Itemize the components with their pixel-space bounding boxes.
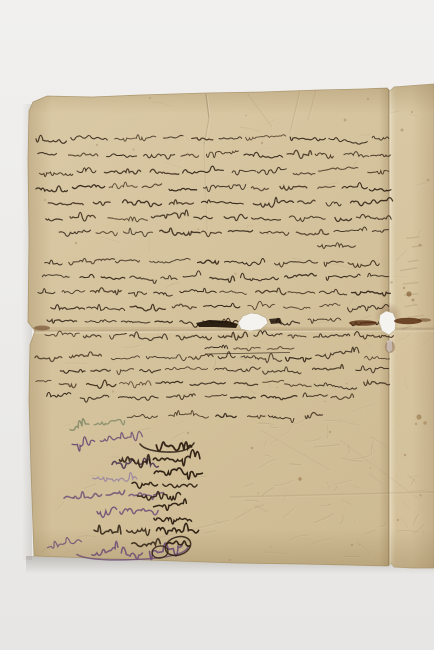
foxing-spot <box>427 179 430 182</box>
foxing-spot <box>75 242 77 244</box>
foxing-spot <box>187 432 189 434</box>
foxing-spot <box>423 421 426 424</box>
ink-stain <box>349 320 377 326</box>
foxing-spot <box>234 273 237 276</box>
foxing-spot <box>419 494 422 497</box>
foxing-spot <box>324 400 326 402</box>
foxing-spot <box>245 115 247 117</box>
ink-stain <box>34 326 50 331</box>
ink-stain <box>385 341 395 353</box>
foxing-spot <box>416 414 421 419</box>
ink-smear <box>269 318 282 324</box>
foxing-spot <box>270 546 272 548</box>
foxing-spot <box>251 447 254 450</box>
foxing-spot <box>96 144 98 146</box>
foxing-spot <box>149 97 151 99</box>
ink-stain <box>394 318 422 324</box>
foxing-spot <box>403 287 405 289</box>
foxing-spot <box>257 492 259 494</box>
foxing-spot <box>112 390 114 392</box>
foxing-spot <box>411 111 413 113</box>
foxing-spot <box>229 559 231 561</box>
foxing-spot <box>351 544 353 546</box>
foxing-spot <box>390 281 393 284</box>
foxing-spot <box>197 228 199 230</box>
letter-photograph <box>0 0 434 650</box>
foxing-spot <box>412 299 415 302</box>
foxing-spot <box>44 199 46 201</box>
foxing-spot <box>63 373 64 374</box>
foxing-spot <box>187 540 189 542</box>
foxing-spot <box>329 504 331 506</box>
paper-vignette <box>412 84 434 568</box>
foxing-spot <box>370 467 371 468</box>
foxing-spot <box>404 454 407 457</box>
foxing-spot <box>367 98 369 100</box>
foxing-spot <box>298 477 301 480</box>
foxing-spot <box>319 172 320 173</box>
foxing-spot <box>415 423 417 425</box>
foxing-spot <box>261 142 263 144</box>
ink-stain <box>417 318 431 322</box>
photo-stage <box>0 0 434 650</box>
foxing-spot <box>346 382 348 384</box>
foxing-spot <box>397 519 399 521</box>
foxing-spot <box>277 387 279 389</box>
foxing-spot <box>329 431 331 433</box>
foxing-spot <box>132 148 135 151</box>
foxing-spot <box>401 129 404 132</box>
foxing-spot <box>344 119 347 122</box>
foxing-spot <box>180 212 181 213</box>
